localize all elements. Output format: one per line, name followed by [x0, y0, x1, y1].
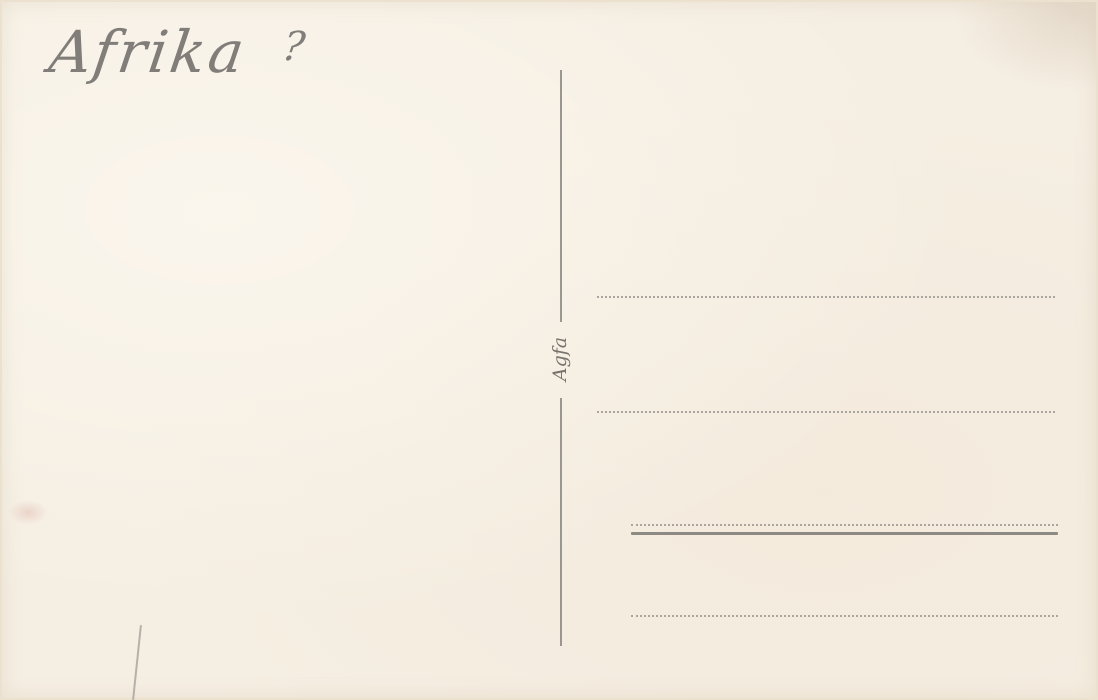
- pencil-mark: [132, 625, 142, 700]
- center-divider-bottom: [560, 398, 562, 646]
- handwritten-question-mark: ?: [280, 24, 311, 70]
- handwritten-note: Afrika?: [45, 18, 311, 86]
- center-divider-top: [560, 70, 562, 322]
- address-line-1: [597, 296, 1055, 298]
- address-line-3: [631, 524, 1058, 526]
- handwritten-word: Afrika: [45, 18, 251, 86]
- paper-stain: [8, 500, 48, 525]
- postcard-back: Afrika? Agfa: [0, 0, 1098, 700]
- address-underline: [631, 532, 1058, 535]
- address-line-2: [597, 411, 1055, 413]
- brand-mark: Agfa: [545, 319, 575, 399]
- address-line-4: [631, 615, 1058, 617]
